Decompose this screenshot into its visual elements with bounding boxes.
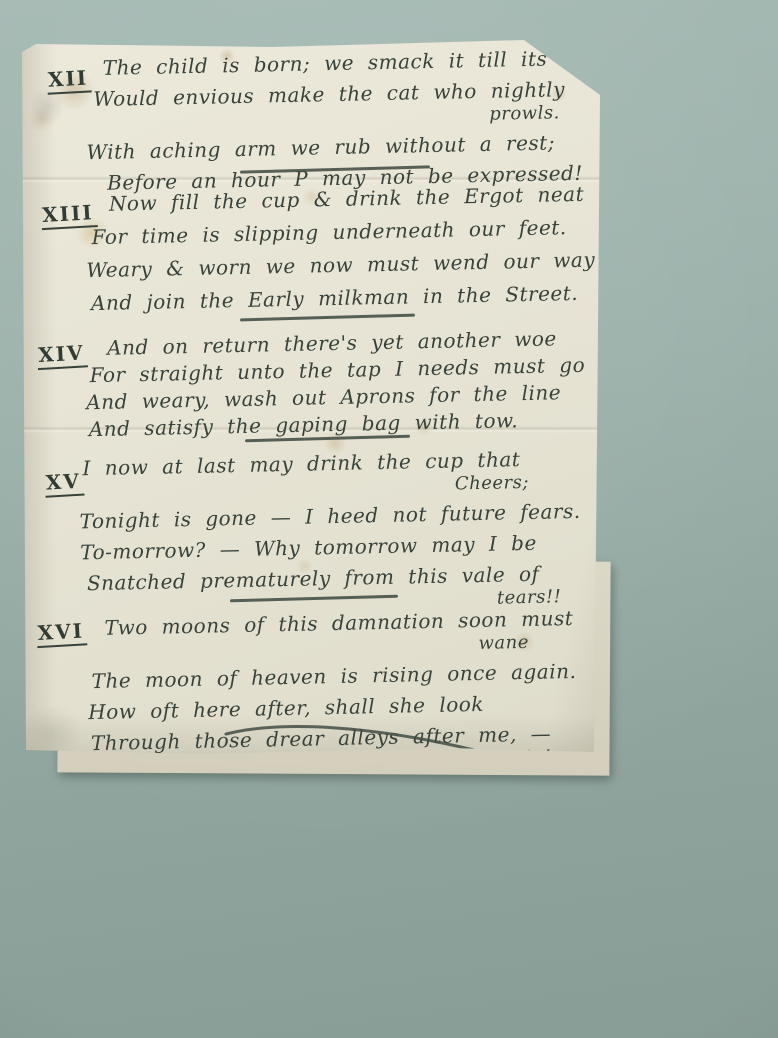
verse-line: With aching arm we rub without a rest; — [86, 131, 570, 164]
verse-line: Tonight is gone — I heed not future fear… — [79, 500, 569, 533]
stanza-numeral: XV — [44, 469, 84, 498]
stanza-xiv: XIV And on return there's yet another wo… — [99, 327, 571, 449]
photo-background: XII The child is born; we smack it till … — [0, 0, 778, 1038]
verse-line: To-morrow? — Why tomorrow may I be — [80, 531, 570, 564]
verse-line: For time is slipping underneath our feet… — [91, 216, 569, 249]
verse-line: The child is born; we smack it till its … — [103, 47, 569, 80]
stanza-numeral: XIII — [40, 200, 97, 230]
verse-line: The moon of heaven is rising once again. — [91, 660, 569, 693]
verse-line: Weary & worn we now must wend our way — [86, 249, 570, 282]
manuscript-paper: XII The child is born; we smack it till … — [22, 40, 600, 760]
verse-line: And join the Early milkman in the Street… — [91, 282, 571, 315]
stanza-numeral: XVI — [36, 618, 88, 648]
stanza-xii: XII The child is born; we smack it till … — [99, 47, 572, 203]
stanza-numeral: XII — [46, 65, 92, 94]
paper-stain — [28, 106, 56, 132]
stanza-xiii: XIII Now fill the cup & drink the Ergot … — [99, 183, 572, 323]
stanza-numeral: XIV — [37, 340, 89, 370]
